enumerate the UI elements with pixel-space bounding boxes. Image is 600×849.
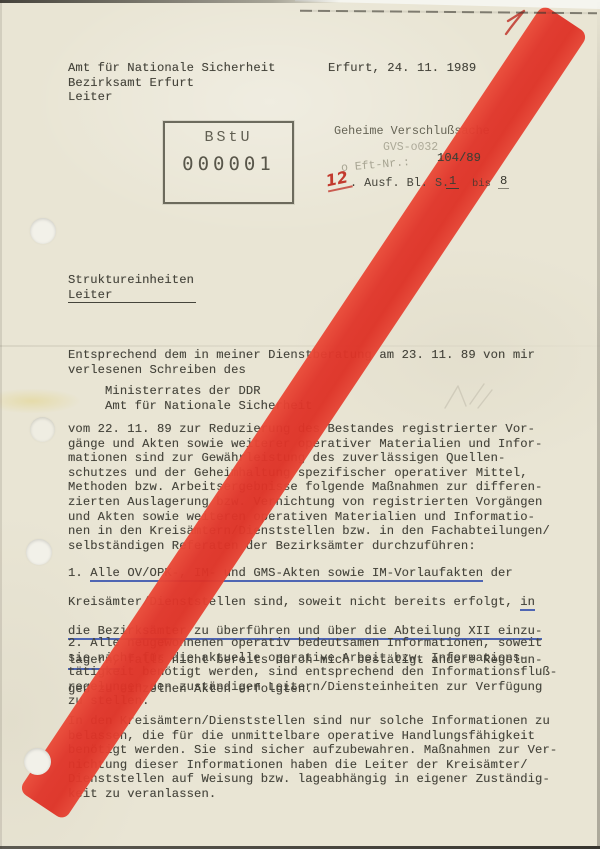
classification-copy-row: 12 . Ausf. Bl. S. 1 bis 8 (326, 170, 541, 198)
date-line: Erfurt, 24. 11. 1989 (328, 61, 476, 76)
punch-hole (24, 748, 51, 775)
sender-address: Amt für Nationale Sicherheit Bezirksamt … (68, 61, 276, 105)
classification-registry-number: 104/89 (437, 151, 481, 165)
bstu-stamp-number: 000001 (165, 153, 292, 175)
paper-top-edge (0, 0, 340, 3)
paper-left-edge (0, 0, 2, 849)
sheet-from-number: 1 (446, 174, 459, 189)
blue-underlined-text: in (520, 595, 535, 612)
item-3: In den Kreisämtern/Dienststellen sind nu… (68, 714, 557, 802)
recipient-block: Struktureinheiten Leiter (68, 273, 196, 303)
copy-sheet-text: . Ausf. Bl. S. (350, 176, 449, 190)
recipient-line2: Leiter (68, 288, 196, 304)
recipient-line1: Struktureinheiten (68, 273, 194, 287)
bstu-archive-stamp: BStU 000001 (163, 121, 294, 204)
sheet-to-number: 8 (498, 174, 509, 189)
bis-label: bis (472, 178, 491, 190)
classification-gvs-code: GVS-o032 (383, 141, 438, 154)
pencil-ghost-marks (440, 378, 500, 418)
blue-underlined-text: Alle OV/OPK-, IM- und GMS-Akten sowie IM… (90, 566, 483, 583)
punch-hole (30, 218, 56, 244)
handwritten-copy-number: 12 (324, 168, 353, 193)
paper-crease (0, 345, 600, 347)
item-1-line: 1. Alle OV/OPK-, IM- und GMS-Akten sowie… (68, 566, 543, 581)
bstu-stamp-label: BStU (165, 129, 292, 146)
punch-hole (26, 539, 52, 565)
punch-hole (30, 417, 55, 442)
